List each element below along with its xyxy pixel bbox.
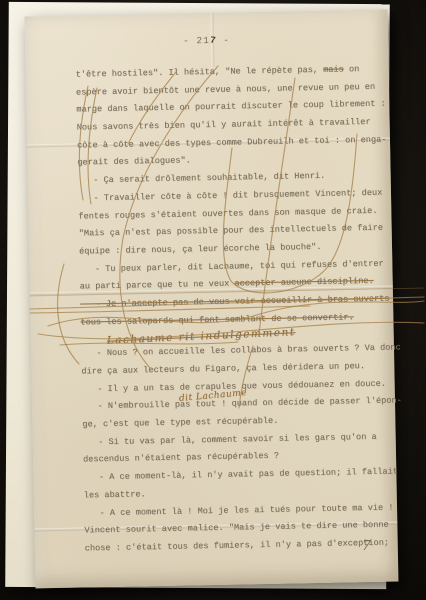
page-number-top: - 217 - — [25, 32, 388, 50]
page-number-bottom-handwritten: 7 — [361, 538, 371, 554]
page-number-typed-suffix: - — [216, 35, 230, 46]
typed-lines: t'être hostiles". Il hésita, "Ne le répè… — [26, 61, 398, 559]
handwritten-corrected-digit: 7 — [209, 35, 217, 47]
photographed-manuscript-scene: - 217 - t'être hostiles". Il hésita, "Ne… — [0, 0, 426, 600]
page-number-typed-prefix: - 21 — [183, 35, 210, 47]
manuscript-page: - 217 - t'être hostiles". Il hésita, "Ne… — [25, 10, 399, 589]
